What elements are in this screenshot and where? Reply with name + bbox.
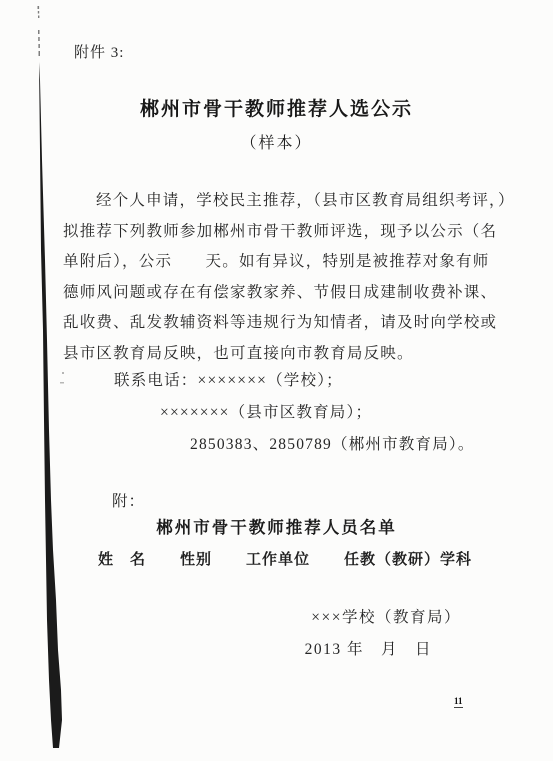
paragraph-line: 拟推荐下列教师参加郴州市骨干教师评选，现予以公示（名 bbox=[63, 217, 497, 248]
signature-line: ×××学校（教育局） bbox=[0, 605, 553, 627]
paragraph-line: 乱收费、乱发教辅资料等违规行为知情者，请及时向学校或 bbox=[63, 308, 497, 339]
paragraph-line: 经个人申请，学校民主推荐，（县市区教育局组织考评，） bbox=[63, 186, 497, 217]
scan-dash-marks bbox=[38, 6, 41, 56]
header-work-unit: 工作单位 bbox=[246, 548, 310, 569]
attachment-label: 附件 3: bbox=[74, 41, 124, 62]
recommended-list-title: 郴州市骨干教师推荐人员名单 bbox=[0, 514, 553, 538]
scan-noise-specks bbox=[60, 372, 64, 384]
contact-line-city-bureau: 2850383、2850789（郴州市教育局）。 bbox=[190, 432, 475, 454]
document-title: 郴州市骨干教师推荐人选公示 bbox=[0, 94, 553, 121]
scanned-document-page: 附件 3: 郴州市骨干教师推荐人选公示 （样本） 经个人申请，学校民主推荐，（县… bbox=[0, 0, 553, 761]
paragraph-line: 县市区教育局反映，也可直接向市教育局反映。 bbox=[63, 339, 497, 370]
header-name: 姓 名 bbox=[98, 548, 146, 569]
contact-line-county-bureau: ×××××××（县市区教育局）； bbox=[160, 400, 372, 422]
contact-line-school: 联系电话：×××××××（学校）； bbox=[114, 368, 343, 390]
paragraph-line: 单附后），公示 天。如有异议，特别是被推荐对象有师 bbox=[63, 247, 497, 278]
table-header-row: 姓 名 性别 工作单位 任教（教研）学科 bbox=[98, 548, 472, 569]
date-line: 2013 年 月 日 bbox=[0, 637, 553, 659]
paragraph-line: 德师风问题或存在有偿家教家养、节假日成建制收费补课、 bbox=[63, 278, 497, 309]
document-subtitle: （样本） bbox=[0, 130, 553, 153]
body-paragraph: 经个人申请，学校民主推荐，（县市区教育局组织考评，） 拟推荐下列教师参加郴州市骨… bbox=[63, 186, 497, 369]
header-teaching-subject: 任教（教研）学科 bbox=[344, 548, 472, 569]
header-gender: 性别 bbox=[180, 548, 212, 569]
page-number: 11 bbox=[454, 696, 463, 708]
appendix-label: 附： bbox=[112, 489, 145, 511]
